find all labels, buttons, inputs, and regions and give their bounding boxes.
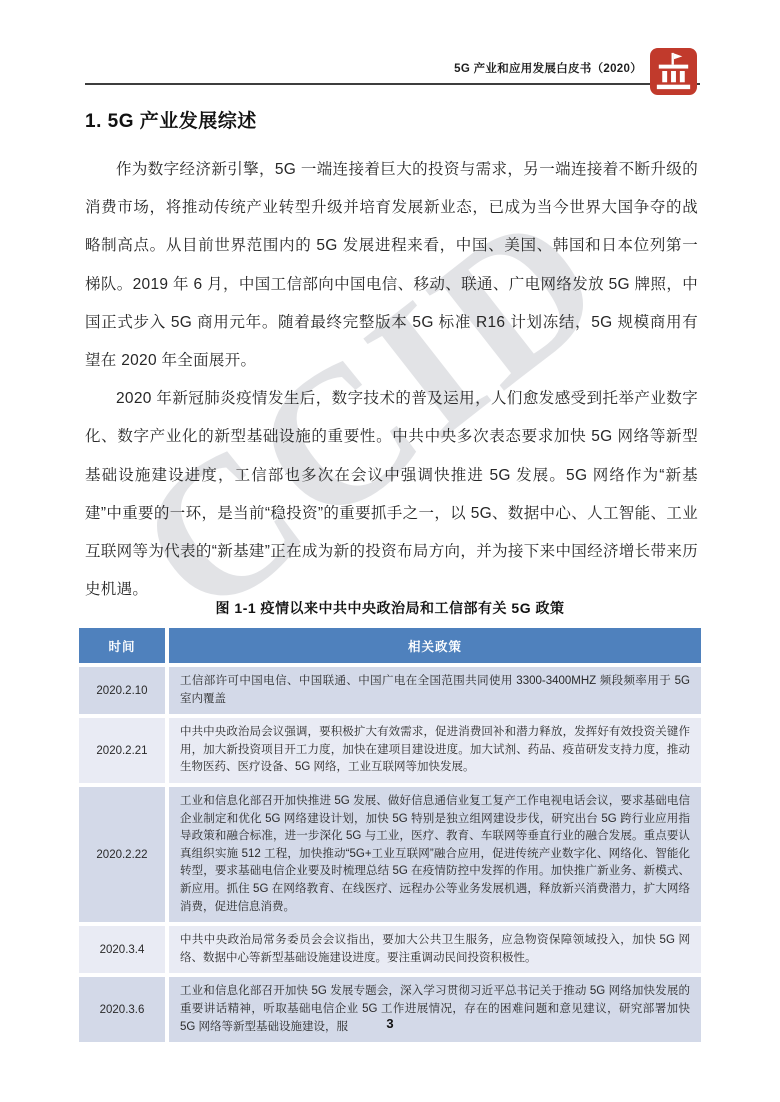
column-header-time: 时间 xyxy=(79,628,165,663)
header-doc-title: 5G 产业和应用发展白皮书（2020） xyxy=(454,60,642,76)
document-page: CCID 5G 产业和应用发展白皮书（2020） 1. 5G 产业发展综述 作为… xyxy=(0,0,780,1102)
column-header-policy: 相关政策 xyxy=(169,628,701,663)
cell-policy: 工信部许可中国电信、中国联通、中国广电在全国范围共同使用 3300-3400MH… xyxy=(169,667,701,714)
cell-date: 2020.2.10 xyxy=(79,667,165,714)
table-header-row: 时间 相关政策 xyxy=(79,628,701,663)
cell-date: 2020.2.21 xyxy=(79,718,165,783)
cell-policy: 中共中央政治局常务委员会会议指出，要加大公共卫生服务，应急物资保障领域投入，加快… xyxy=(169,926,701,973)
figure-1-1: 图 1-1 疫情以来中共中央政治局和工信部有关 5G 政策 时间 相关政策 20… xyxy=(75,598,705,1046)
table-row: 2020.3.4 中共中央政治局常务委员会会议指出，要加大公共卫生服务，应急物资… xyxy=(79,926,701,973)
page-number: 3 xyxy=(0,1016,780,1031)
table-row: 2020.2.22 工业和信息化部召开加快推进 5G 发展、做好信息通信业复工复… xyxy=(79,787,701,922)
cell-date: 2020.3.6 xyxy=(79,977,165,1042)
table-row: 2020.2.10 工信部许可中国电信、中国联通、中国广电在全国范围共同使用 3… xyxy=(79,667,701,714)
section-title: 1. 5G 产业发展综述 xyxy=(85,106,698,133)
policy-table: 时间 相关政策 2020.2.10 工信部许可中国电信、中国联通、中国广电在全国… xyxy=(75,624,705,1046)
cell-date: 2020.2.22 xyxy=(79,787,165,922)
header-rule xyxy=(85,83,700,85)
cell-date: 2020.3.4 xyxy=(79,926,165,973)
cell-policy: 工业和信息化部召开加快 5G 发展专题会，深入学习贯彻习近平总书记关于推动 5G… xyxy=(169,977,701,1042)
cell-policy: 工业和信息化部召开加快推进 5G 发展、做好信息通信业复工复产工作电视电话会议，… xyxy=(169,787,701,922)
paragraph-2: 2020 年新冠肺炎疫情发生后，数字技术的普及运用，人们愈发感受到托举产业数字化… xyxy=(85,380,698,609)
cell-policy: 中共中央政治局会议强调，要积极扩大有效需求，促进消费回补和潜力释放，发挥好有效投… xyxy=(169,718,701,783)
section-content: 1. 5G 产业发展综述 作为数字经济新引擎，5G 一端连接着巨大的投资与需求，… xyxy=(85,106,698,609)
table-row: 2020.3.6 工业和信息化部召开加快 5G 发展专题会，深入学习贯彻习近平总… xyxy=(79,977,701,1042)
temple-building-icon xyxy=(650,48,697,95)
table-row: 2020.2.21 中共中央政治局会议强调，要积极扩大有效需求，促进消费回补和潜… xyxy=(79,718,701,783)
paragraph-1: 作为数字经济新引擎，5G 一端连接着巨大的投资与需求，另一端连接着不断升级的消费… xyxy=(85,151,698,380)
figure-caption: 图 1-1 疫情以来中共中央政治局和工信部有关 5G 政策 xyxy=(85,598,695,618)
institute-logo xyxy=(650,48,697,95)
